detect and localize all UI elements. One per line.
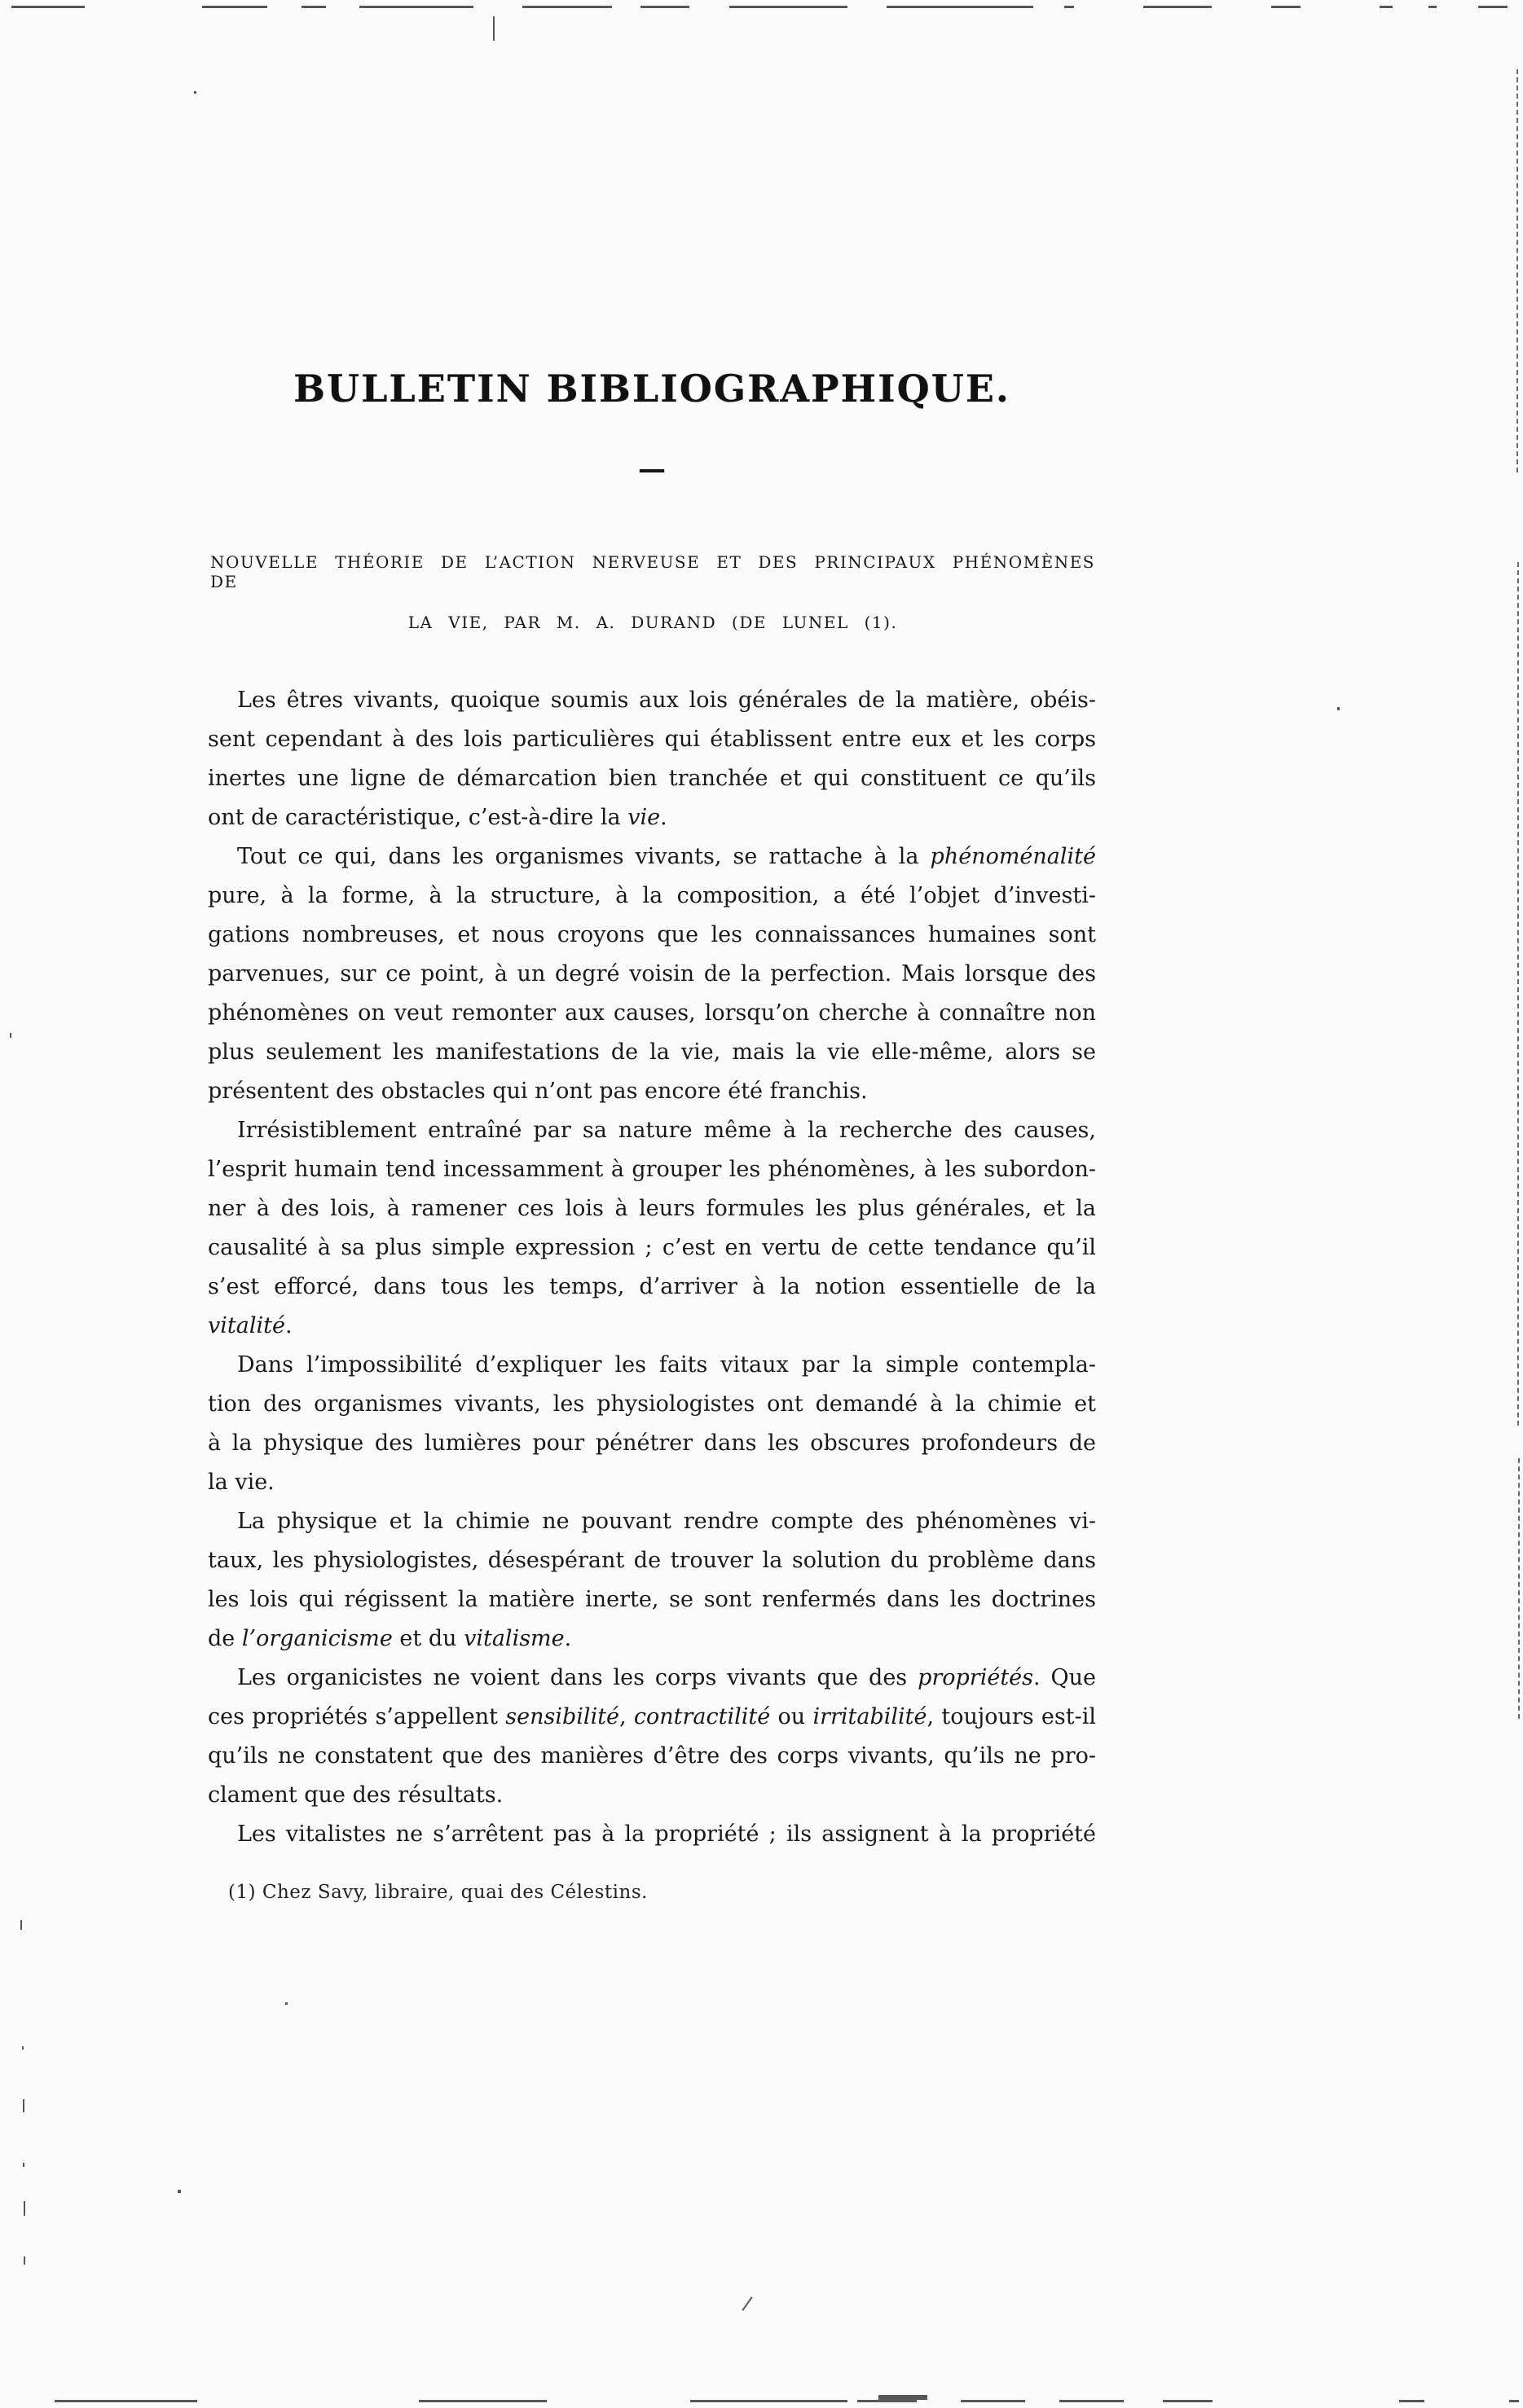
heading-line: NOUVELLE THÉORIE DE L’ACTION NERVEUSE ET… xyxy=(210,552,1095,591)
paragraph: La physique et la chimie ne pouvant rend… xyxy=(208,1502,1096,1659)
scan-artifact xyxy=(24,2201,25,2216)
scan-artifact xyxy=(10,1033,11,1038)
paragraph: Irrésistiblement entraîné par sa nature … xyxy=(208,1111,1096,1346)
scan-artifact xyxy=(690,2400,847,2402)
paragraph: Dans l’impossibilité d’expliquer les fai… xyxy=(208,1346,1096,1502)
paragraph: Les organicistes ne voient dans les corp… xyxy=(208,1659,1096,1815)
scan-artifact xyxy=(1064,6,1074,8)
scan-artifact xyxy=(24,2256,25,2265)
heading-line: LA VIE, PAR M. A. DURAND (DE LUNEL (1). xyxy=(210,613,1095,632)
text-line: Les vitalistes ne s’arrêtent pas à la pr… xyxy=(208,1815,1096,1854)
text-line: la vie. xyxy=(208,1463,1096,1502)
text-line: causalité à sa plus simple expression ; … xyxy=(208,1228,1096,1268)
scan-artifact xyxy=(23,2099,24,2112)
scan-artifact xyxy=(178,2190,181,2193)
text-line: à la physique des lumières pour pénétrer… xyxy=(208,1424,1096,1463)
text-line: ont de caractéristique, c’est-à-dire la … xyxy=(208,798,1096,837)
scan-artifact xyxy=(1163,2400,1213,2402)
scan-artifact xyxy=(1271,6,1301,8)
text-line: ces propriétés s’appellent sensibilité, … xyxy=(208,1698,1096,1737)
text-line: plus seulement les manifestations de la … xyxy=(208,1033,1096,1072)
scan-artifact xyxy=(522,6,612,8)
text-line: tion des organismes vivants, les physiol… xyxy=(208,1385,1096,1424)
scan-artifact xyxy=(1380,6,1393,8)
scan-artifact xyxy=(302,6,326,8)
text-line: Irrésistiblement entraîné par sa nature … xyxy=(208,1111,1096,1150)
scan-artifact xyxy=(285,2002,288,2005)
scan-artifact xyxy=(1059,2400,1124,2402)
paragraph: Les vitalistes ne s’arrêtent pas à la pr… xyxy=(208,1815,1096,1854)
scan-artifact xyxy=(887,6,1033,8)
scan-artifact xyxy=(1478,6,1508,8)
scan-artifact xyxy=(20,1920,22,1930)
scan-artifact xyxy=(419,2400,547,2402)
text-line: gations nombreuses, et nous croyons que … xyxy=(208,916,1096,955)
scan-artifact xyxy=(878,2395,927,2400)
scan-artifact xyxy=(23,2163,24,2167)
scan-artifact xyxy=(1143,6,1212,8)
scan-artifact xyxy=(1428,6,1437,8)
text-line: La physique et la chimie ne pouvant rend… xyxy=(208,1502,1096,1541)
body-text: Les êtres vivants, quoique soumis aux lo… xyxy=(208,681,1096,1854)
scan-artifact xyxy=(729,6,847,8)
text-line: Dans l’impossibilité d’expliquer les fai… xyxy=(208,1346,1096,1385)
scan-artifact xyxy=(1509,2400,1519,2402)
scan-artifact xyxy=(961,2400,1025,2402)
article-heading: NOUVELLE THÉORIE DE L’ACTION NERVEUSE ET… xyxy=(210,552,1095,632)
scan-artifact xyxy=(742,2296,752,2311)
scan-artifact xyxy=(1337,707,1340,710)
text-line: vitalité. xyxy=(208,1307,1096,1346)
text-line: l’esprit humain tend incessamment à grou… xyxy=(208,1150,1096,1189)
paragraph: Les êtres vivants, quoique soumis aux lo… xyxy=(208,681,1096,837)
text-line: ner à des lois, à ramener ces lois à leu… xyxy=(208,1189,1096,1228)
scan-artifact xyxy=(11,6,85,8)
paragraph: Tout ce qui, dans les organismes vivants… xyxy=(208,837,1096,1111)
scan-artifact xyxy=(55,2400,197,2402)
text-line: de l’organicisme et du vitalisme. xyxy=(208,1619,1096,1659)
text-line: inertes une ligne de démarcation bien tr… xyxy=(208,759,1096,798)
text-line: présentent des obstacles qui n’ont pas e… xyxy=(208,1072,1096,1111)
text-line: les lois qui régissent la matière inerte… xyxy=(208,1580,1096,1619)
page-title: BULLETIN BIBLIOGRAPHIQUE. xyxy=(208,367,1096,411)
text-line: Les êtres vivants, quoique soumis aux lo… xyxy=(208,681,1096,720)
scan-artifact xyxy=(1399,2400,1424,2402)
scan-artifact xyxy=(857,2400,917,2402)
text-line: Tout ce qui, dans les organismes vivants… xyxy=(208,837,1096,877)
scan-artifact xyxy=(1518,1458,1520,1719)
scan-artifact xyxy=(359,6,473,8)
section-divider: — xyxy=(208,453,1096,486)
text-line: clament que des résultats. xyxy=(208,1776,1096,1815)
scan-artifact xyxy=(194,91,196,94)
text-line: sent cependant à des lois particulières … xyxy=(208,720,1096,759)
scan-artifact xyxy=(640,6,689,8)
footnote: (1) Chez Savy, libraire, quai des Célest… xyxy=(228,1882,1043,1903)
scan-artifact xyxy=(1516,69,1518,472)
scan-artifact xyxy=(22,2046,24,2050)
text-line: pure, à la forme, à la structure, à la c… xyxy=(208,877,1096,916)
text-line: phénomènes on veut remonter aux causes, … xyxy=(208,994,1096,1033)
text-line: s’est efforcé, dans tous les temps, d’ar… xyxy=(208,1268,1096,1307)
scan-artifact xyxy=(493,16,495,41)
text-line: parvenues, sur ce point, à un degré vois… xyxy=(208,955,1096,994)
text-line: Les organicistes ne voient dans les corp… xyxy=(208,1659,1096,1698)
text-line: taux, les physiologistes, désespérant de… xyxy=(208,1541,1096,1580)
scan-artifact xyxy=(202,6,267,8)
scanned-page: BULLETIN BIBLIOGRAPHIQUE. — NOUVELLE THÉ… xyxy=(0,0,1523,2408)
scan-artifact xyxy=(1517,562,1519,1426)
text-line: qu’ils ne constatent que des manières d’… xyxy=(208,1737,1096,1776)
